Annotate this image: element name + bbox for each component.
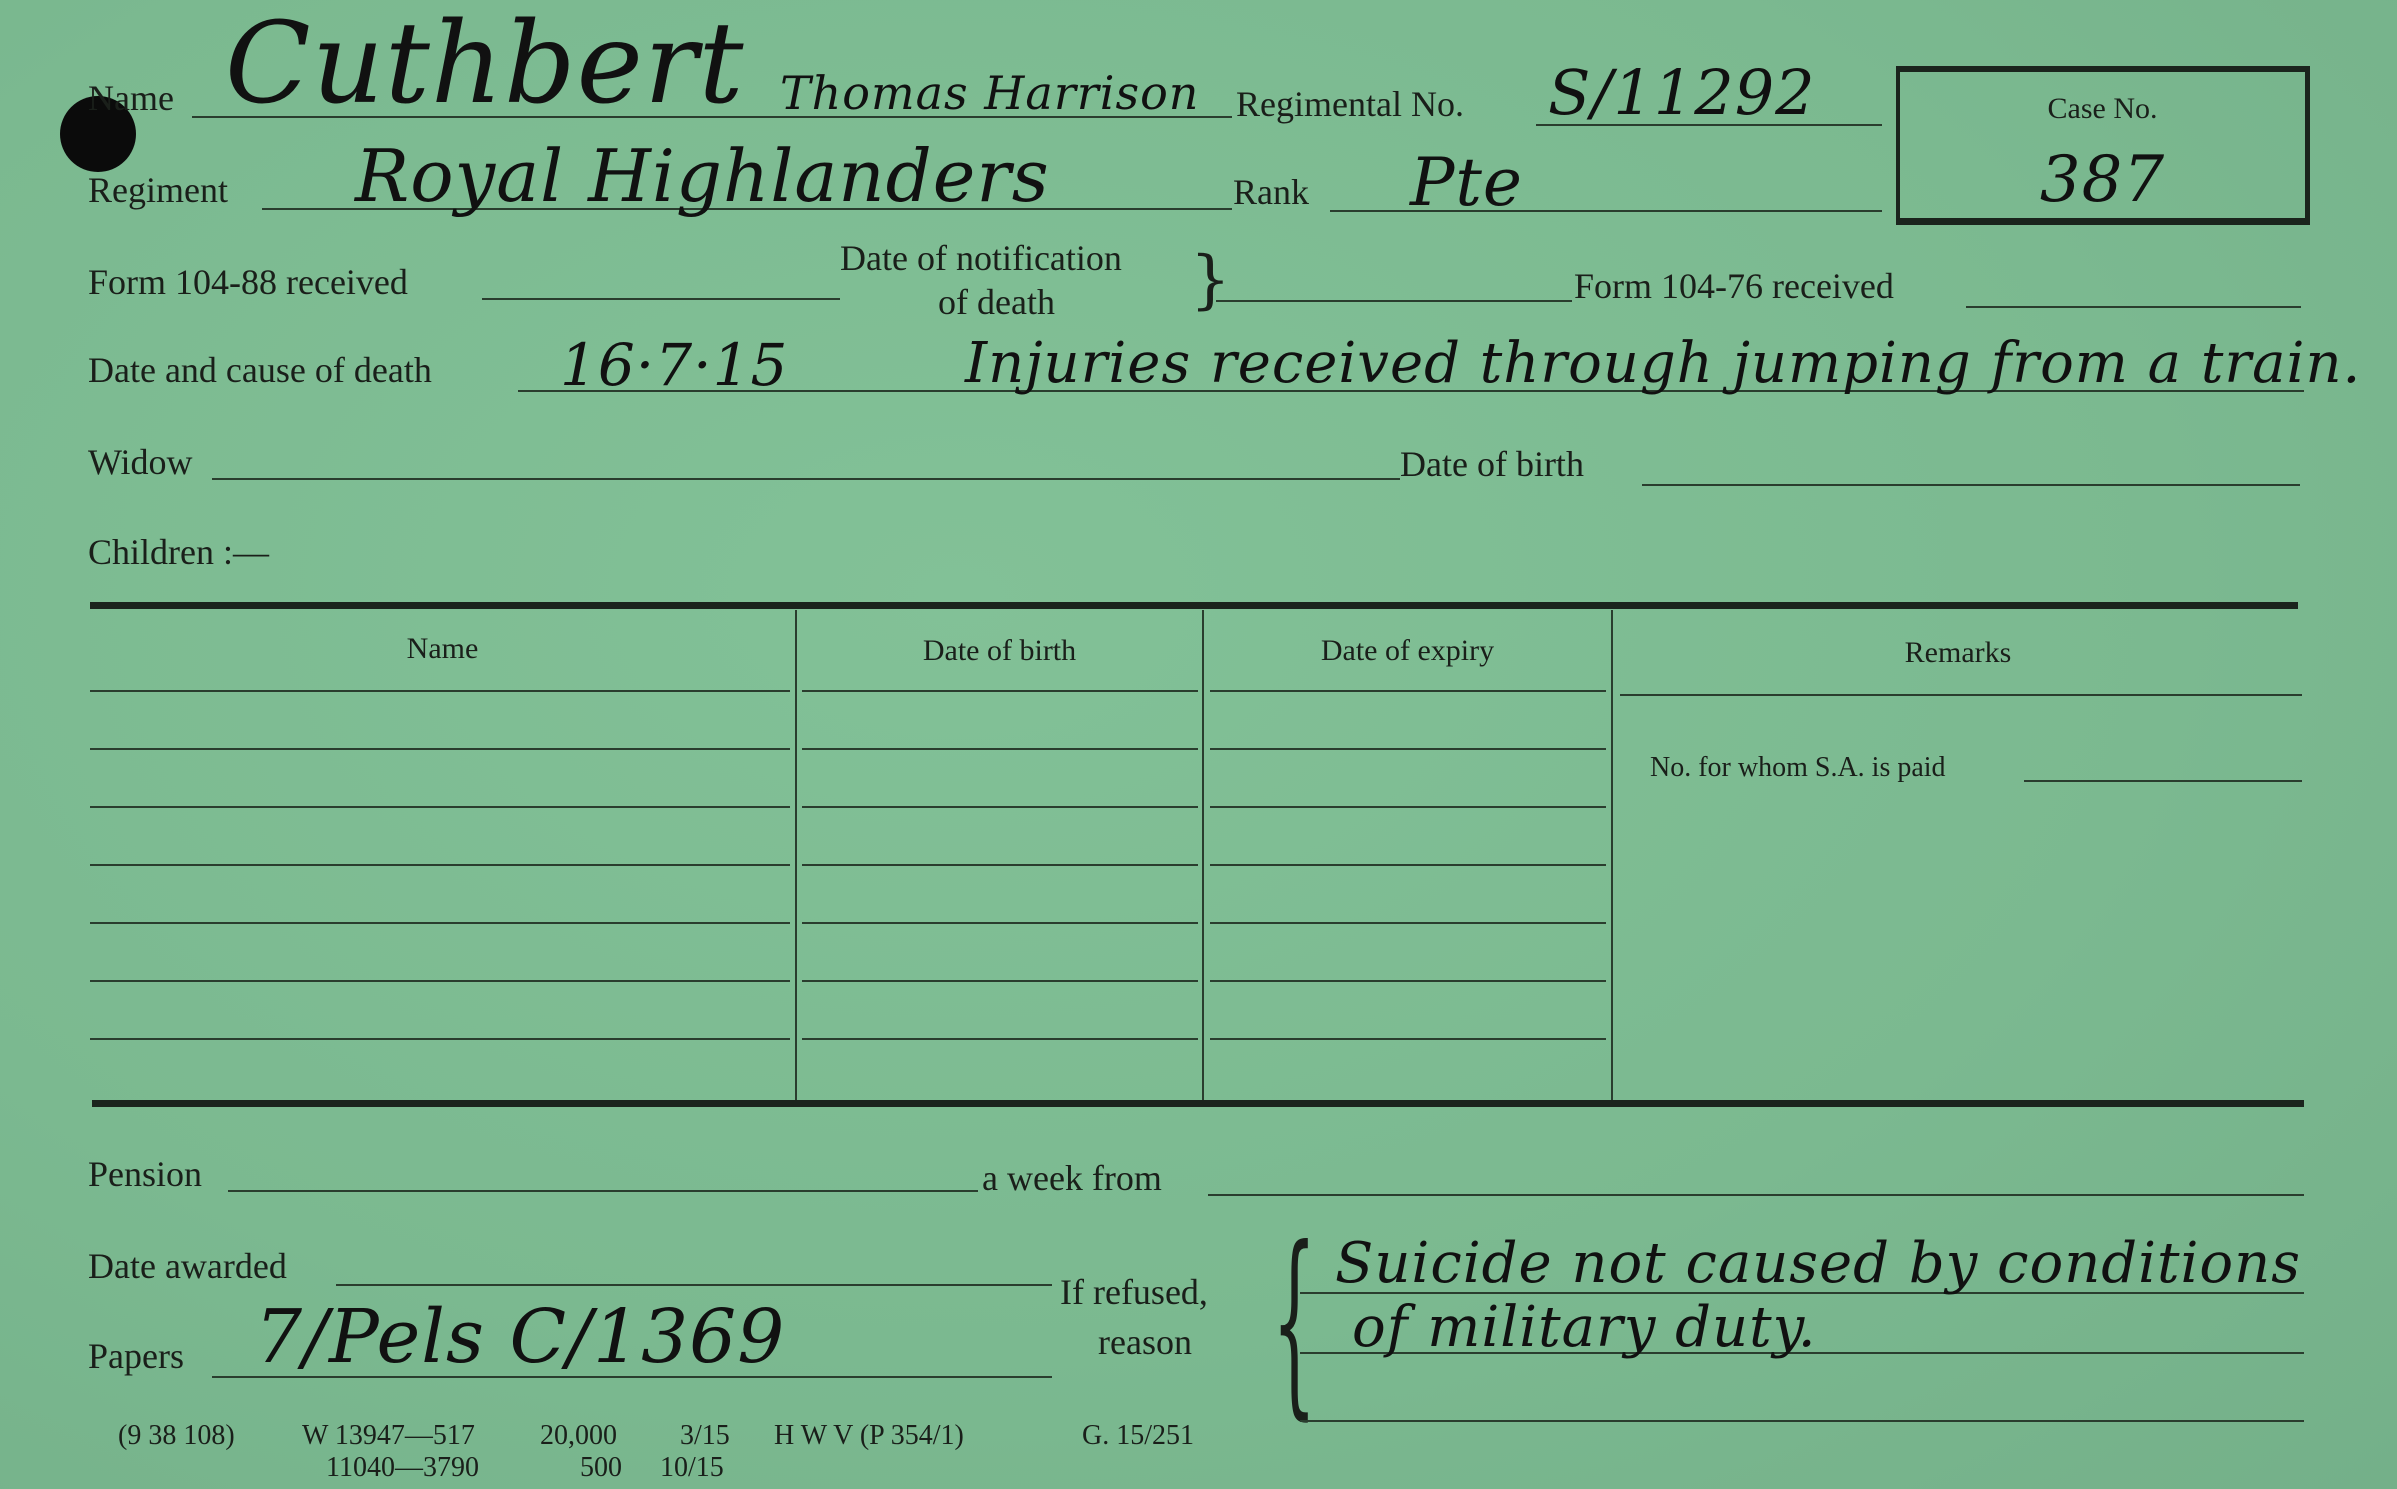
child-entry-line <box>1210 864 1606 866</box>
pension-label: Pension <box>88 1156 202 1192</box>
child-entry-line <box>802 980 1198 982</box>
print-code: 3/15 <box>680 1420 730 1452</box>
notification-line <box>1216 300 1572 302</box>
child-entry-line <box>1210 806 1606 808</box>
widow-dob-line <box>1642 484 2300 486</box>
refused-label-2: reason <box>1098 1324 1192 1360</box>
notification-label-1: Date of notification <box>840 240 1122 276</box>
refused-reason-1: Suicide not caused by conditions <box>1335 1236 2301 1292</box>
death-label: Date and cause of death <box>88 352 432 388</box>
notification-label-2: of death <box>938 284 1055 320</box>
child-entry-line <box>1210 748 1606 750</box>
column-divider <box>1202 610 1204 1100</box>
widow-line <box>212 478 1400 480</box>
table-top-rule <box>90 602 2298 609</box>
child-entry-line <box>802 748 1198 750</box>
surname-value: Cuthbert <box>225 8 745 120</box>
pension-record-card: Name Cuthbert Thomas Harrison Regimental… <box>0 0 2397 1489</box>
print-code: W 13947—517 <box>302 1420 475 1452</box>
child-entry-line <box>90 806 790 808</box>
forenames-value: Thomas Harrison <box>780 70 1199 116</box>
death-date: 16·7·15 <box>560 336 788 394</box>
child-entry-line <box>90 922 790 924</box>
child-entry-line <box>1210 690 1606 692</box>
column-divider <box>1611 610 1613 1100</box>
papers-value: 7/Pels C/1369 <box>255 1300 785 1374</box>
regimental-no-value: S/11292 <box>1548 62 1816 124</box>
regimental-no-label: Regimental No. <box>1236 86 1464 122</box>
child-entry-line <box>802 922 1198 924</box>
print-code: (9 38 108) <box>118 1420 235 1452</box>
rank-label: Rank <box>1233 174 1309 210</box>
col-header-remarks: Remarks <box>1613 636 2303 670</box>
refused-label-1: If refused, <box>1060 1274 1208 1310</box>
regiment-value: Royal Highlanders <box>355 140 1050 212</box>
child-entry-line <box>90 980 790 982</box>
child-entry-line <box>90 864 790 866</box>
case-number-box: Case No. 387 <box>1896 66 2310 225</box>
child-entry-line <box>802 806 1198 808</box>
col-header-expiry: Date of expiry <box>1204 634 1611 668</box>
children-label: Children :— <box>88 534 269 570</box>
child-entry-line <box>1210 1038 1606 1040</box>
child-entry-line <box>1210 922 1606 924</box>
widow-label: Widow <box>88 444 193 480</box>
form-10488-line <box>482 298 840 300</box>
death-cause: Injuries received through jumping from a… <box>965 336 2361 392</box>
print-code: 500 <box>580 1452 622 1484</box>
regiment-label: Regiment <box>88 172 228 208</box>
notification-brace: } <box>1190 248 1231 312</box>
week-from-label: a week from <box>982 1160 1162 1196</box>
print-code: 11040—3790 <box>326 1452 479 1484</box>
form-10476-label: Form 104-76 received <box>1574 268 1894 304</box>
refused-reason-2: of military duty. <box>1352 1300 1817 1356</box>
papers-label: Papers <box>88 1338 184 1374</box>
case-no-value: 387 <box>1900 148 2305 212</box>
child-entry-line <box>802 864 1198 866</box>
refused-line-3 <box>1300 1420 2304 1422</box>
week-from-line <box>1208 1194 2304 1196</box>
form-10488-label: Form 104-88 received <box>88 264 408 300</box>
col-header-dob: Date of birth <box>797 634 1202 668</box>
refused-brace: { <box>1272 1222 1317 1422</box>
table-bottom-rule <box>92 1100 2304 1107</box>
date-awarded-label: Date awarded <box>88 1248 287 1284</box>
child-entry-line <box>1210 980 1606 982</box>
child-entry-line <box>90 690 790 692</box>
print-code: 10/15 <box>660 1452 724 1484</box>
name-label: Name <box>88 80 174 116</box>
sa-paid-line <box>2024 780 2302 782</box>
child-entry-line <box>802 690 1198 692</box>
print-code: 20,000 <box>540 1420 617 1452</box>
print-code: H W V (P 354/1) <box>774 1420 964 1452</box>
column-divider <box>795 610 797 1100</box>
sa-paid-label: No. for whom S.A. is paid <box>1650 752 1946 784</box>
widow-dob-label: Date of birth <box>1400 446 1584 482</box>
remarks-header-line <box>1620 694 2302 696</box>
rank-value: Pte <box>1410 150 1523 216</box>
form-10476-line <box>1966 306 2301 308</box>
col-header-name: Name <box>90 632 795 666</box>
date-awarded-line <box>336 1284 1052 1286</box>
case-no-label: Case No. <box>1900 92 2305 126</box>
print-code: G. 15/251 <box>1082 1420 1194 1452</box>
pension-line <box>228 1190 978 1192</box>
child-entry-line <box>802 1038 1198 1040</box>
child-entry-line <box>90 1038 790 1040</box>
child-entry-line <box>90 748 790 750</box>
